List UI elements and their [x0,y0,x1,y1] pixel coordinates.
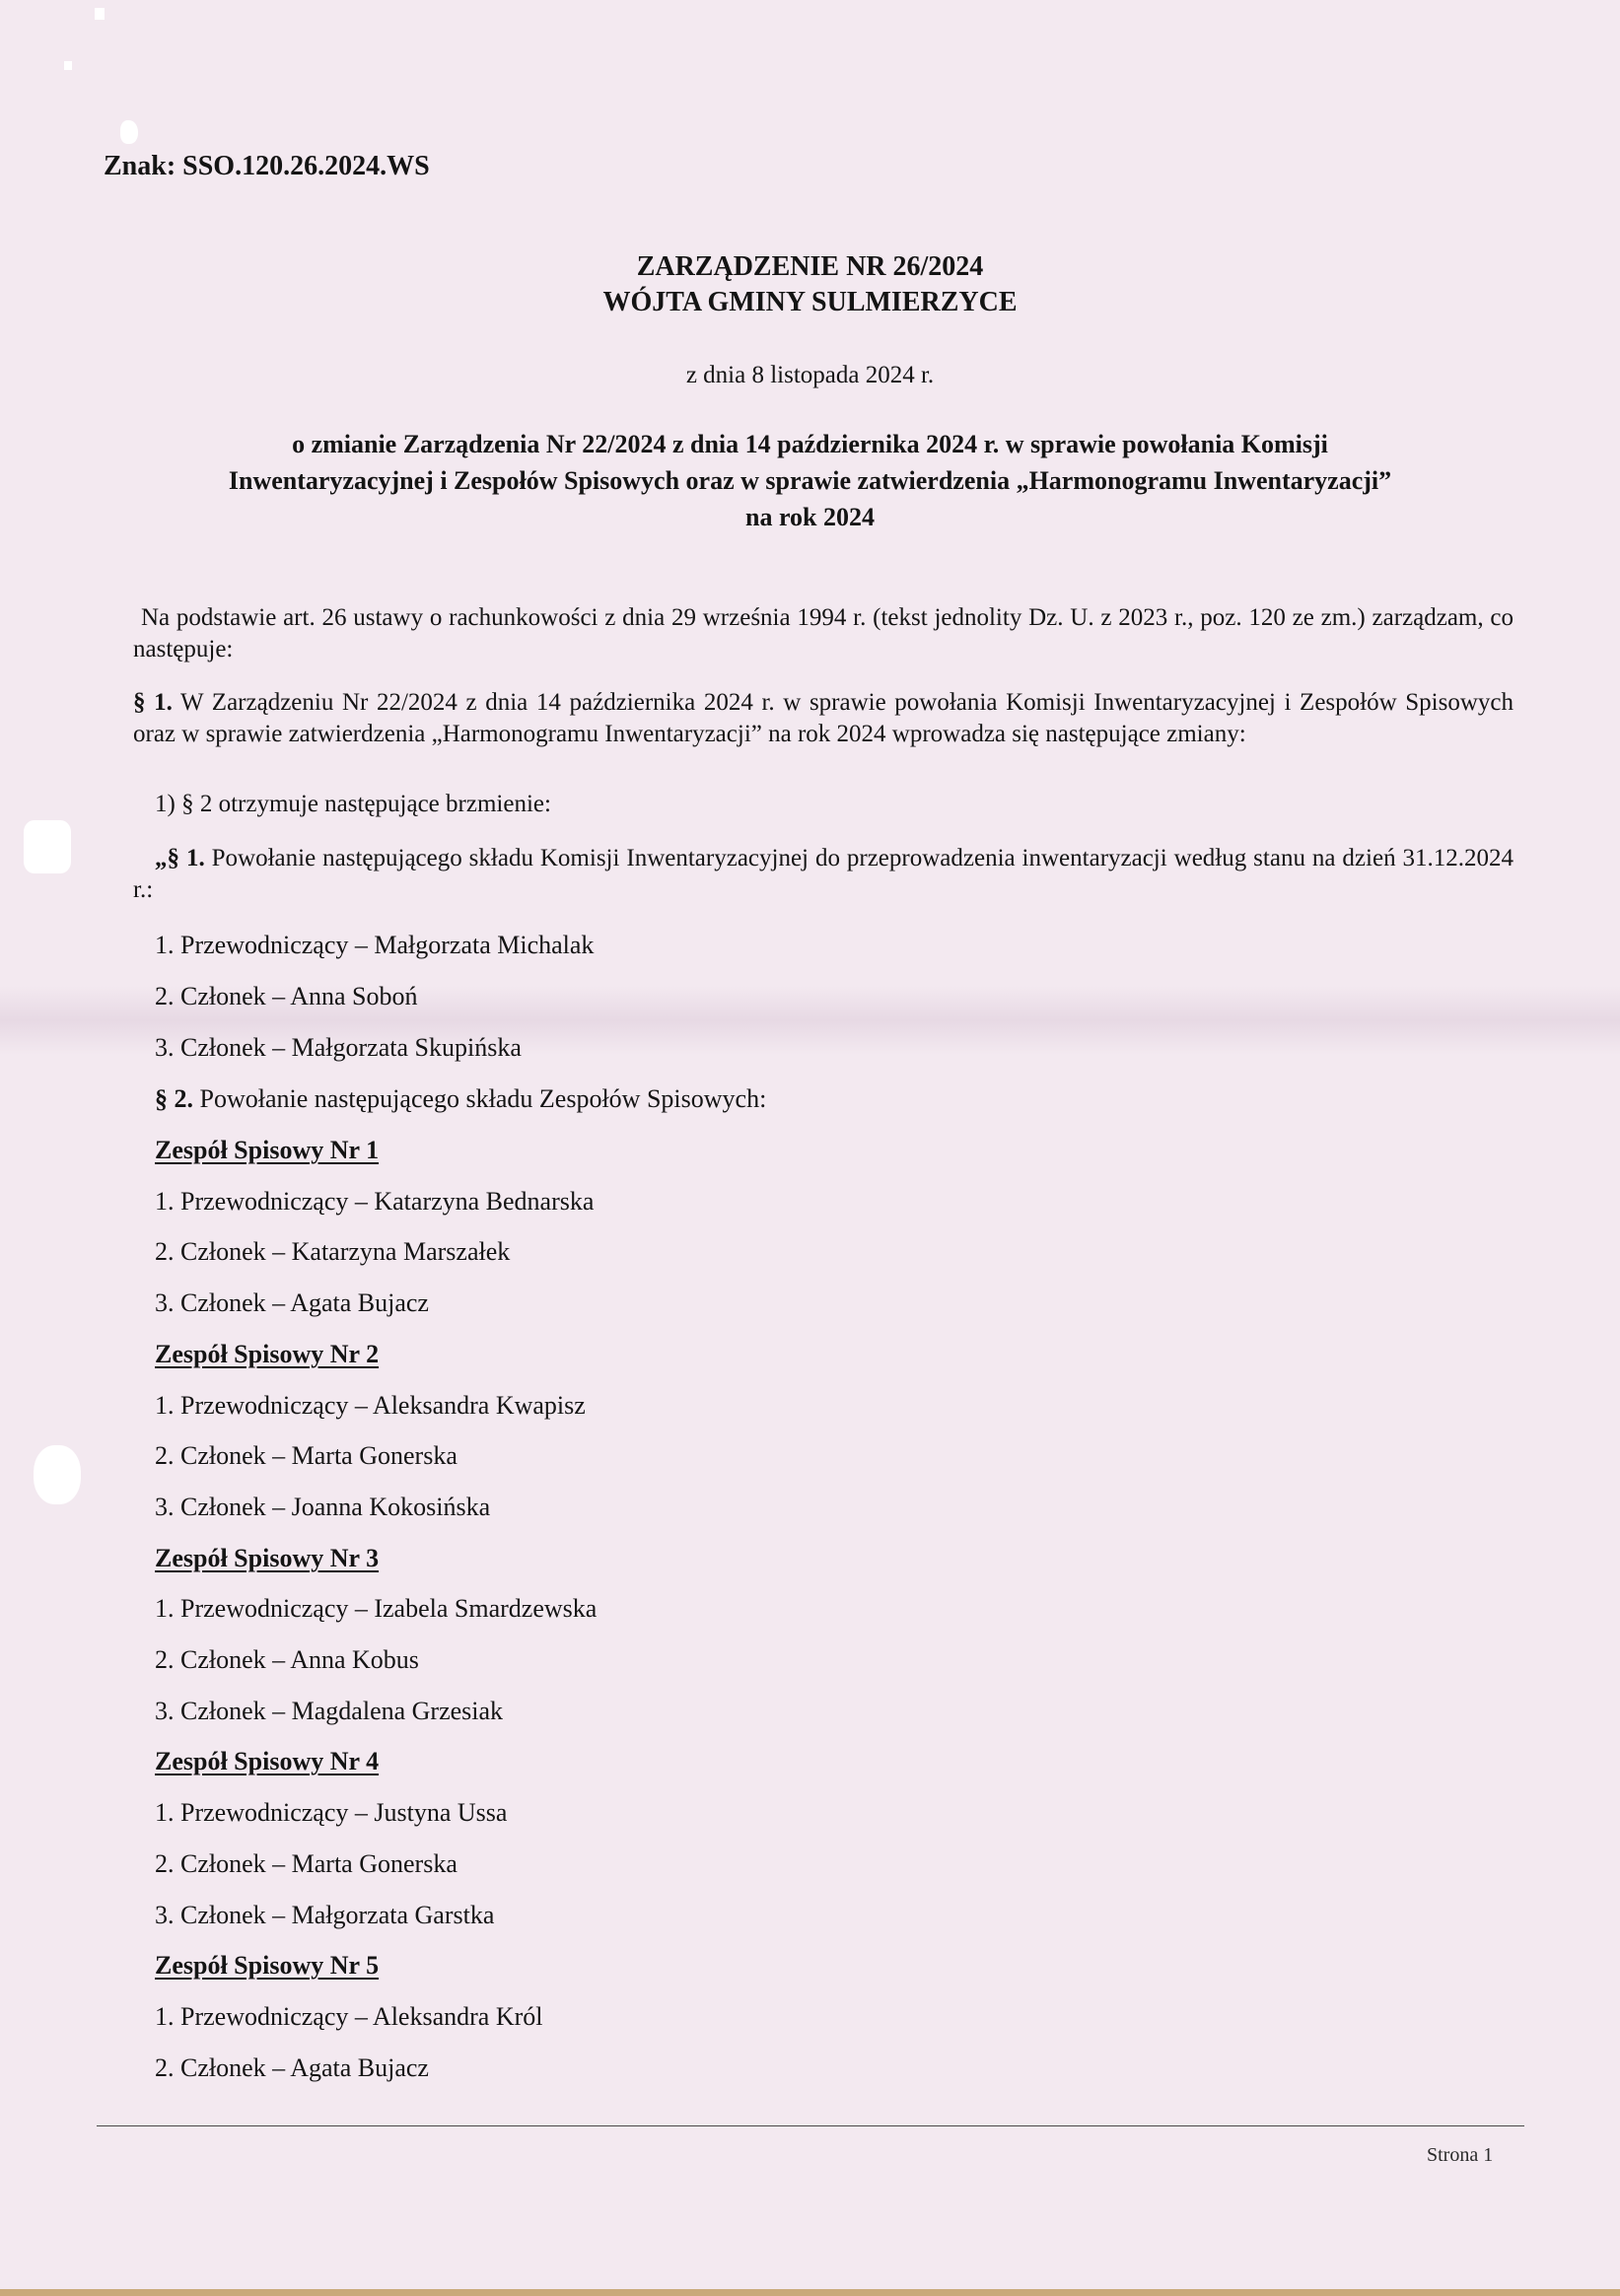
quoted-paragraph: „§ 1. Powołanie następującego składu Kom… [133,843,1514,906]
team-member: 3. Członek – Małgorzata Garstka [155,1901,494,1930]
punch-hole-mark [120,120,138,144]
list-item: 1. Przewodniczący – Małgorzata Michalak [155,931,594,960]
legal-basis: Na podstawie art. 26 ustawy o rachunkowo… [133,602,1514,665]
team-member: 2. Członek – Agata Bujacz [155,2053,429,2083]
title-line-1: ZARZĄDZENIE NR 26/2024 [0,249,1620,285]
subject-line: na rok 2024 [0,499,1620,535]
paragraph-2: § 2. Powołanie następującego składu Zesp… [155,1084,766,1114]
punch-hole [34,1445,81,1504]
team-member: 1. Przewodniczący – Aleksandra Król [155,2002,542,2032]
team-member: 1. Przewodniczący – Katarzyna Bednarska [155,1187,594,1217]
team-member: 1. Przewodniczący – Aleksandra Kwapisz [155,1391,586,1421]
team-heading: Zespół Spisowy Nr 2 [155,1340,379,1369]
team-heading: Zespół Spisowy Nr 1 [155,1136,379,1165]
paragraph-text: W Zarządzeniu Nr 22/2024 z dnia 14 paźdz… [133,689,1514,747]
team-member: 1. Przewodniczący – Justyna Ussa [155,1798,507,1828]
list-item: 3. Członek – Małgorzata Skupińska [155,1033,522,1063]
paragraph-text: Powołanie następującego składu Zespołów … [193,1084,766,1113]
punch-hole-mark [95,8,105,20]
document-subject: o zmianie Zarządzenia Nr 22/2024 z dnia … [0,426,1620,535]
subject-line: o zmianie Zarządzenia Nr 22/2024 z dnia … [0,426,1620,462]
team-member: 3. Członek – Joanna Kokosińska [155,1493,490,1522]
page-number: Strona 1 [1427,2144,1493,2167]
footer-divider [97,2125,1524,2126]
team-member: 2. Członek – Anna Kobus [155,1645,419,1675]
team-member: 3. Członek – Agata Bujacz [155,1288,429,1318]
paragraph-marker: § 2. [155,1084,193,1113]
punch-hole [24,820,71,873]
team-member: 2. Członek – Marta Gonerska [155,1441,458,1471]
list-item: 2. Członek – Anna Soboń [155,982,418,1011]
document-date: z dnia 8 listopada 2024 r. [0,362,1620,389]
scan-edge [0,2289,1620,2296]
team-heading: Zespół Spisowy Nr 5 [155,1951,379,1981]
team-member: 2. Członek – Katarzyna Marszałek [155,1237,510,1267]
team-member: 1. Przewodniczący – Izabela Smardzewska [155,1594,597,1624]
paragraph-1: § 1. W Zarządzeniu Nr 22/2024 z dnia 14 … [133,687,1514,750]
title-line-2: WÓJTA GMINY SULMIERZYCE [0,285,1620,320]
subject-line: Inwentaryzacyjnej i Zespołów Spisowych o… [0,462,1620,499]
team-member: 3. Członek – Magdalena Grzesiak [155,1697,503,1726]
change-item: 1) § 2 otrzymuje następujące brzmienie: [155,791,551,818]
paragraph-marker: „§ 1. [133,845,205,871]
paragraph-marker: § 1. [133,689,173,716]
reference-number: Znak: SSO.120.26.2024.WS [104,151,430,182]
team-member: 2. Członek – Marta Gonerska [155,1849,458,1879]
team-heading: Zespół Spisowy Nr 4 [155,1747,379,1776]
punch-hole-mark [64,61,72,70]
team-heading: Zespół Spisowy Nr 3 [155,1544,379,1573]
document-title: ZARZĄDZENIE NR 26/2024 WÓJTA GMINY SULMI… [0,249,1620,320]
paragraph-text: Powołanie następującego składu Komisji I… [133,845,1514,903]
